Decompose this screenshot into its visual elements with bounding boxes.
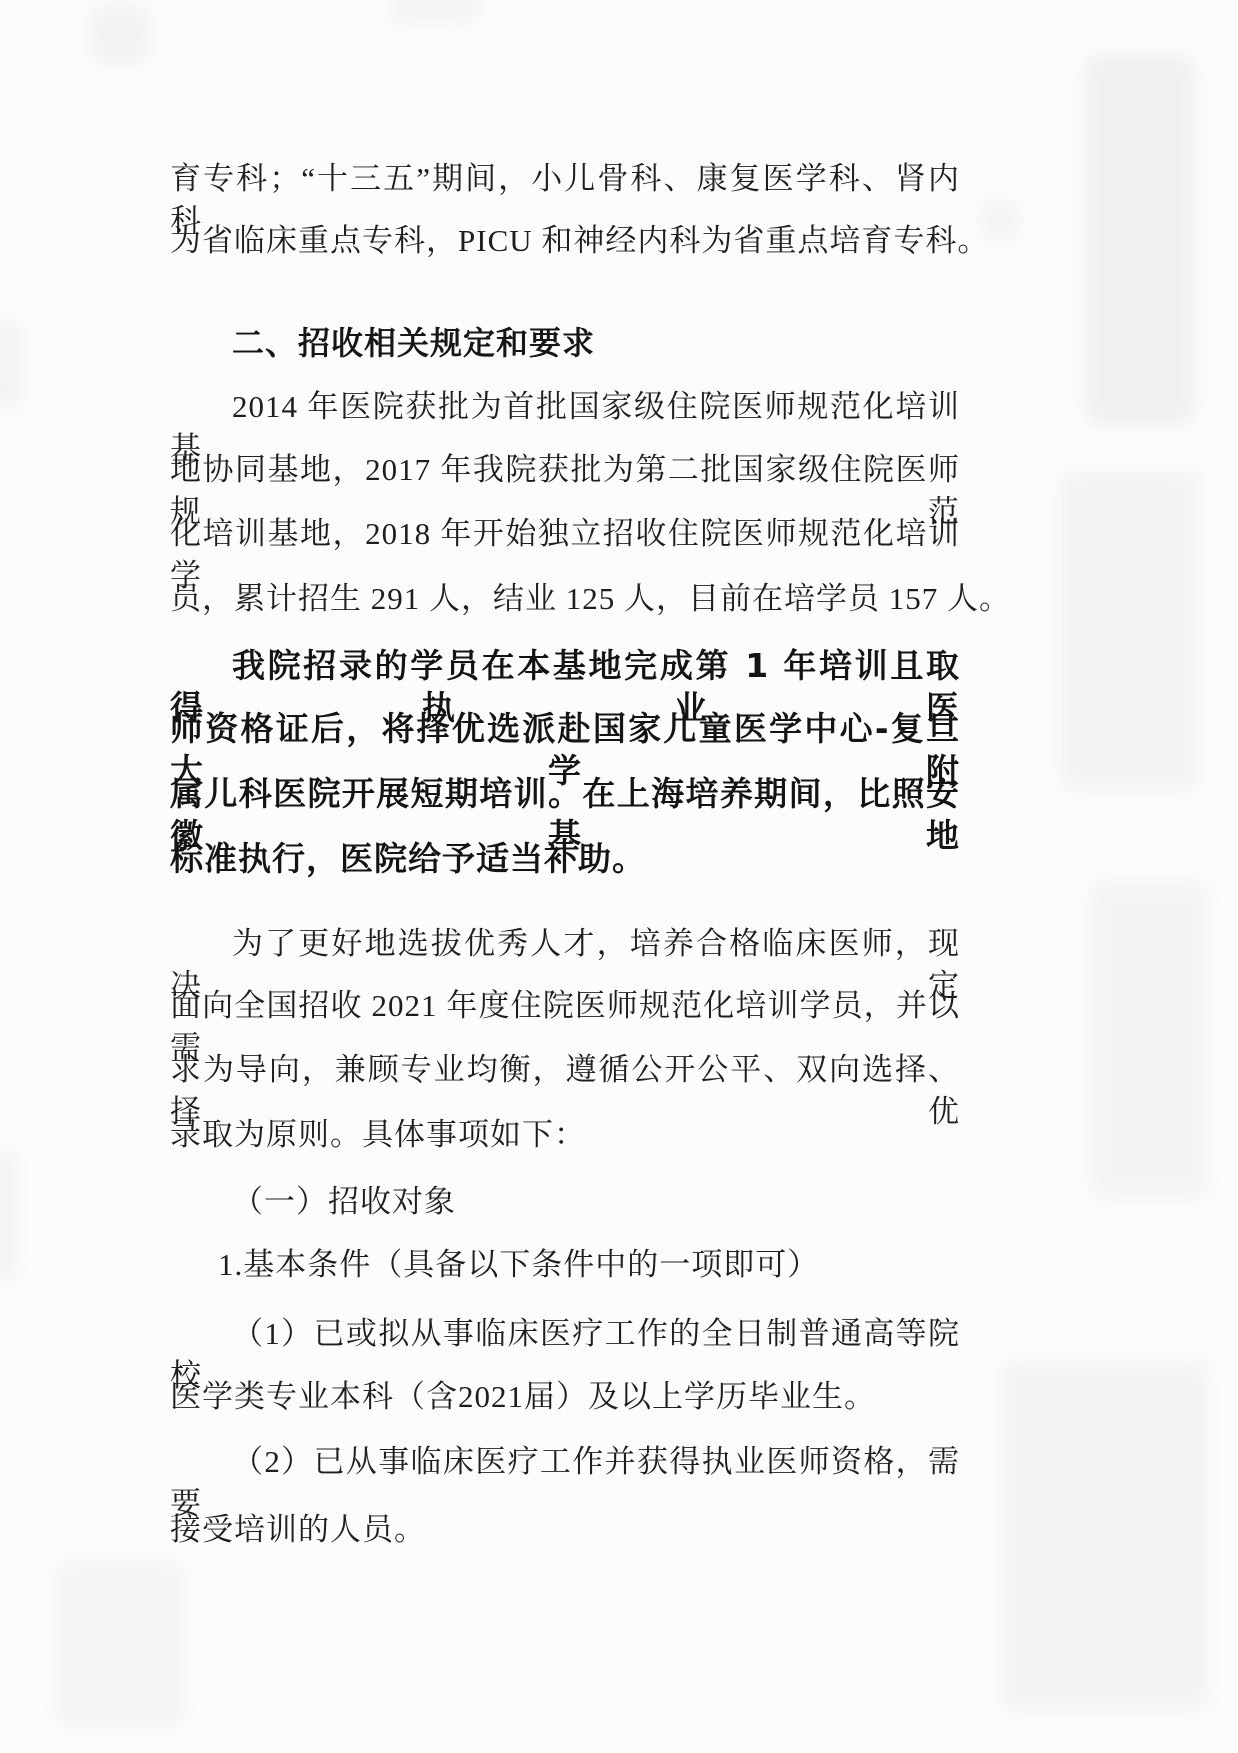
scan-noise bbox=[1060, 470, 1200, 790]
text-line: 接受培训的人员。 bbox=[170, 1509, 960, 1551]
scan-noise bbox=[1000, 1360, 1210, 1710]
section-heading: 二、招收相关规定和要求 bbox=[170, 322, 960, 364]
scan-noise bbox=[1090, 880, 1210, 1200]
scan-noise bbox=[55, 1560, 185, 1730]
scan-noise bbox=[90, 5, 150, 65]
scan-noise bbox=[0, 1150, 18, 1280]
list-item: （一）招收对象 bbox=[170, 1181, 960, 1223]
list-item: 1.基本条件（具备以下条件中的一项即可） bbox=[170, 1244, 960, 1286]
document-page: 育专科；“十三五”期间，小儿骨科、康复医学科、肾内科 为省临床重点专科，PICU… bbox=[0, 0, 1238, 1753]
text-line: 员，累计招生 291 人，结业 125 人，目前在培学员 157 人。 bbox=[170, 578, 960, 620]
text-line: 录取为原则。具体事项如下： bbox=[170, 1114, 960, 1156]
scan-noise bbox=[1085, 55, 1195, 425]
text-line-bold: 标准执行，医院给予适当补助。 bbox=[170, 838, 960, 880]
text-line: 医学类专业本科（含2021届）及以上学历毕业生。 bbox=[170, 1376, 960, 1418]
scan-noise bbox=[390, 0, 480, 25]
scan-noise bbox=[0, 320, 22, 410]
text-line: 为省临床重点专科，PICU 和神经内科为省重点培育专科。 bbox=[170, 220, 960, 262]
